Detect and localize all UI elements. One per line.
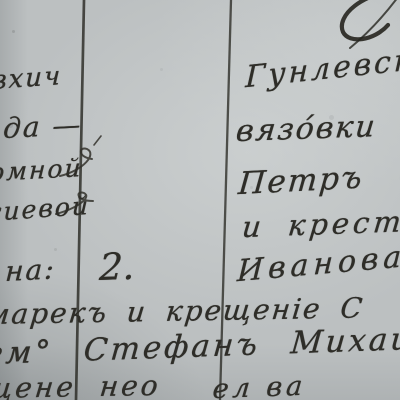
manuscript-line-left-1: вхич (0, 61, 63, 96)
manuscript-line-bottom-3-left: щене нео (0, 369, 162, 400)
manuscript-line-left-5: на: (4, 252, 56, 288)
entry-number: 2. (98, 245, 135, 289)
manuscript-line-right-2: вязо́вки С (234, 107, 400, 149)
manuscript-line-right-4: и крести (240, 204, 400, 245)
manuscript-line-bottom-3-right: ел ва (211, 371, 307, 400)
manuscript-line-left-2: да — (2, 108, 83, 145)
heading-initial-flourish (342, 0, 400, 48)
manuscript-photo: вхич да — омной сиевой на: 2. Гунлевск в… (0, 0, 400, 400)
manuscript-line-left-3: омной (0, 153, 83, 187)
